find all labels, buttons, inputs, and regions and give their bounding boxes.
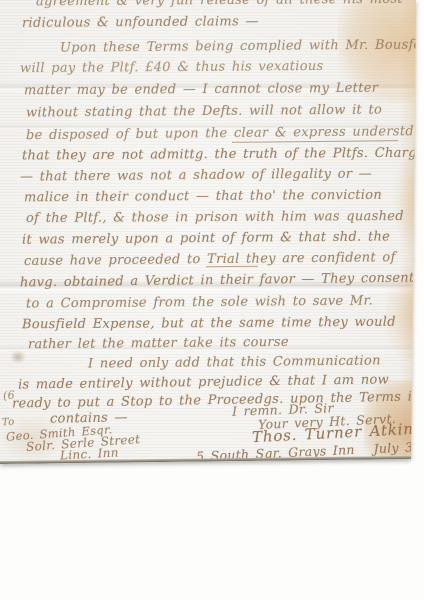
letter-line: will pay the Pltf. £40 & thus his vexati… (20, 59, 324, 76)
letter-line: Bousfield Expense, but at the same time … (22, 315, 396, 333)
margin-mark: (6 (2, 388, 15, 402)
addressee-prefix: To (2, 417, 15, 429)
letter-sheet: agreement & very full release of all the… (0, 0, 424, 600)
letter-line: I need only add that this Communication (88, 353, 381, 371)
letter-line: that they are not admittg. the truth of … (22, 146, 424, 164)
letter-line: of the Pltf., & those in prison with him… (26, 209, 404, 226)
letter-sheet-wrap: agreement & very full release of all the… (0, 0, 424, 600)
letter-line: to a Compromise from the sole wish to sa… (26, 293, 373, 311)
letter-line: it was merely upon a point of form & tha… (22, 229, 390, 247)
scan-background: agreement & very full release of all the… (0, 0, 424, 600)
letter-line: Upon these Terms being complied with Mr.… (60, 37, 424, 55)
letter-line: ridiculous & unfounded claims — (22, 14, 259, 31)
letter-line: without stating that the Defts. will not… (26, 102, 382, 120)
letter-line: malice in their conduct — that tho' the … (24, 188, 382, 205)
letter-line: — that there was not a shadow of illegal… (20, 166, 372, 184)
letter-line: matter may be ended — I cannot close my … (24, 81, 378, 98)
letter-line: rather let the matter take its course (28, 335, 289, 352)
